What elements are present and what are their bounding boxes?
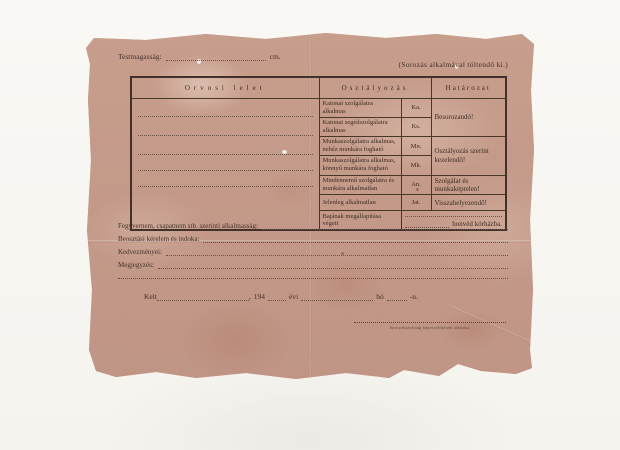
classification-abbr: An. — [401, 175, 431, 195]
decision-cell: Szolgálat és munkaképtelen! — [431, 175, 506, 195]
classification-label: Munkaszolgálatra alkalmas, nehéz munkára… — [319, 137, 401, 156]
field-label: Fegyvernem, csapatnem stb. szerinti alka… — [118, 222, 258, 230]
table-header-row: Orvosi lelet Osztályozás Határozat — [131, 77, 506, 98]
field-fegyvernem: Fegyvernem, csapatnem stb. szerinti alka… — [118, 222, 508, 230]
height-label: Testmagasság: — [118, 52, 162, 61]
fill-line — [157, 293, 249, 301]
decision-cell: Visszahelyezendő! — [431, 195, 506, 211]
header-osztalyozas: Osztályozás — [319, 77, 431, 98]
classification-abbr: Jat. — [401, 195, 431, 211]
classification-label: Jelenleg alkalmatlan — [319, 195, 401, 211]
classification-abbr: Ks. — [401, 117, 431, 136]
field-label: Kedvezményei: — [118, 248, 162, 256]
height-unit: cm. — [270, 52, 281, 61]
signature-caption: Sorozóbizottság képviselőjének aláírása. — [354, 325, 506, 330]
comma: , — [249, 292, 251, 301]
year-prefix: 194 — [254, 292, 265, 301]
fill-line — [166, 53, 266, 61]
field-kedvezmenyei: Kedvezményei: — [118, 248, 508, 256]
fill-line — [166, 248, 508, 256]
header-orvosi-lelet: Orvosi lelet — [131, 77, 319, 98]
fill-line — [158, 261, 508, 269]
fill-line — [405, 212, 503, 217]
evi-label: évi — [289, 292, 298, 301]
ruled-line — [138, 186, 313, 187]
classification-abbr: Mn. — [401, 137, 431, 156]
fill-line — [118, 278, 508, 279]
day-suffix: -n. — [410, 292, 418, 301]
fill-line — [387, 293, 407, 301]
table-row: Katonai szolgálatra alkalmas Ka. Besoroz… — [131, 98, 506, 117]
field-beosztasi: Beosztási kérelem és indoka: — [118, 235, 508, 243]
fill-line — [262, 222, 508, 230]
classification-table: Orvosi lelet Osztályozás Határozat Katon… — [130, 76, 507, 231]
classification-abbr: Ka. — [401, 98, 431, 117]
scanned-document: Testmagasság: cm. (Sorozás alkalmával tö… — [0, 0, 620, 450]
ruled-line — [138, 116, 313, 117]
signature-line — [354, 322, 506, 323]
fill-line — [268, 293, 286, 301]
classification-label: Mindennemű szolgálatra és munkára alkalm… — [319, 175, 401, 195]
decision-cell: Osztályozás szerint kezelendő! — [431, 137, 506, 176]
orvosi-lelet-writing-area — [131, 98, 319, 230]
ruled-line — [138, 135, 313, 136]
form-paper: Testmagasság: cm. (Sorozás alkalmával tö… — [86, 30, 534, 382]
fold-crease-diagonal — [451, 306, 561, 357]
classification-label: Munkaszolgálatra alkalmas, könnyű munkár… — [319, 156, 401, 175]
corner-note: (Sorozás alkalmával töltendő ki.) — [399, 60, 508, 69]
ruled-line — [138, 154, 313, 155]
ruled-line — [138, 170, 313, 171]
date-line: Kelt , 194 évi hó -n. — [144, 292, 454, 301]
classification-abbr: Mk. — [401, 156, 431, 175]
field-megjegyzes: Megjegyzés: — [118, 261, 508, 269]
field-label: Megjegyzés: — [118, 261, 154, 269]
fill-line — [301, 293, 373, 301]
fill-line — [203, 235, 508, 243]
decision-cell: Besorozandó! — [431, 98, 506, 137]
ho-label: hó — [376, 292, 384, 301]
field-label: Beosztási kérelem és indoka: — [118, 235, 199, 243]
classification-label: Katonai szolgálatra alkalmas — [319, 98, 401, 117]
kelt-label: Kelt — [144, 292, 157, 301]
header-hatarozat: Határozat — [431, 77, 506, 98]
classification-label: Katonai segédszolgálatra alkalmas — [319, 117, 401, 136]
